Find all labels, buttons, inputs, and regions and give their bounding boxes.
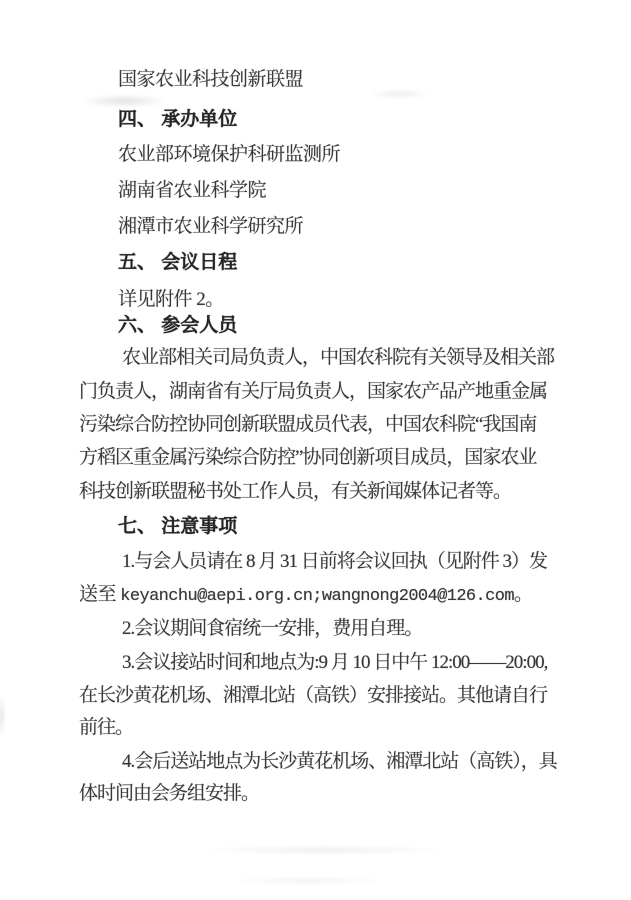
scan-smudge <box>0 692 6 740</box>
scan-smudge <box>80 94 168 108</box>
email-line-suffix: 。 <box>514 584 533 605</box>
doc-line-see-attachment: 详见附件 2。 <box>118 288 224 312</box>
scanned-document-page: 国家农业科技创新联盟 四、 承办单位 农业部环境保护科研监测所 湖南省农业科学院… <box>0 0 631 900</box>
doc-line-note3-c: 前往。 <box>79 716 133 740</box>
doc-line-host-org: 国家农业科技创新联盟 <box>118 68 303 92</box>
doc-line-attendees-2: 门负责人，湖南省有关厅局负责人，国家农产品产地重金属 <box>79 380 547 404</box>
doc-line-attendees-5: 科技创新联盟秘书处工作人员，有关新闻媒体记者等。 <box>79 480 511 504</box>
doc-line-note1-email: 送至 keyanchu@aepi.org.cn;wangnong2004@126… <box>79 583 532 609</box>
scan-smudge <box>225 876 390 885</box>
email-addresses: keyanchu@aepi.org.cn;wangnong2004@126.co… <box>120 587 514 606</box>
doc-line-note2: 2.会议期间食宿统一安排，费用自理。 <box>122 617 422 641</box>
section-heading-5: 五、 会议日程 <box>118 251 237 275</box>
doc-line-organizer-2: 湖南省农业科学院 <box>118 179 266 203</box>
doc-line-organizer-3: 湘潭市农业科学研究所 <box>118 215 303 239</box>
doc-line-attendees-1: 农业部相关司局负责人，中国农科院有关领导及相关部 <box>122 346 554 370</box>
doc-line-note4-b: 体时间由会务组安排。 <box>79 782 259 806</box>
doc-line-attendees-3: 污染综合防控协同创新联盟成员代表，中国农科院“我国南 <box>79 413 536 437</box>
doc-line-attendees-4: 方稻区重金属污染综合防控”协同创新项目成员，国家农业 <box>79 446 536 470</box>
scan-smudge <box>195 845 453 855</box>
doc-line-note3-a: 3.会议接站时间和地点为:9 月 10 日中午 12:00——20:00, <box>122 651 547 675</box>
doc-line-note1-a: 1.与会人员请在 8 月 31 日前将会议回执（见附件 3）发 <box>122 550 547 574</box>
section-heading-7: 七、 注意事项 <box>118 515 237 539</box>
doc-line-note3-b: 在长沙黄花机场、湘潭北站（高铁）安排接站。其他请自行 <box>79 684 547 708</box>
doc-line-note4-a: 4.会后送站地点为长沙黄花机场、湘潭北站（高铁），具 <box>122 750 557 774</box>
section-heading-4: 四、 承办单位 <box>118 108 237 132</box>
email-line-prefix: 送至 <box>79 584 120 605</box>
scan-smudge <box>368 89 430 99</box>
section-heading-6: 六、 参会人员 <box>118 314 237 338</box>
doc-line-organizer-1: 农业部环境保护科研监测所 <box>118 143 340 167</box>
